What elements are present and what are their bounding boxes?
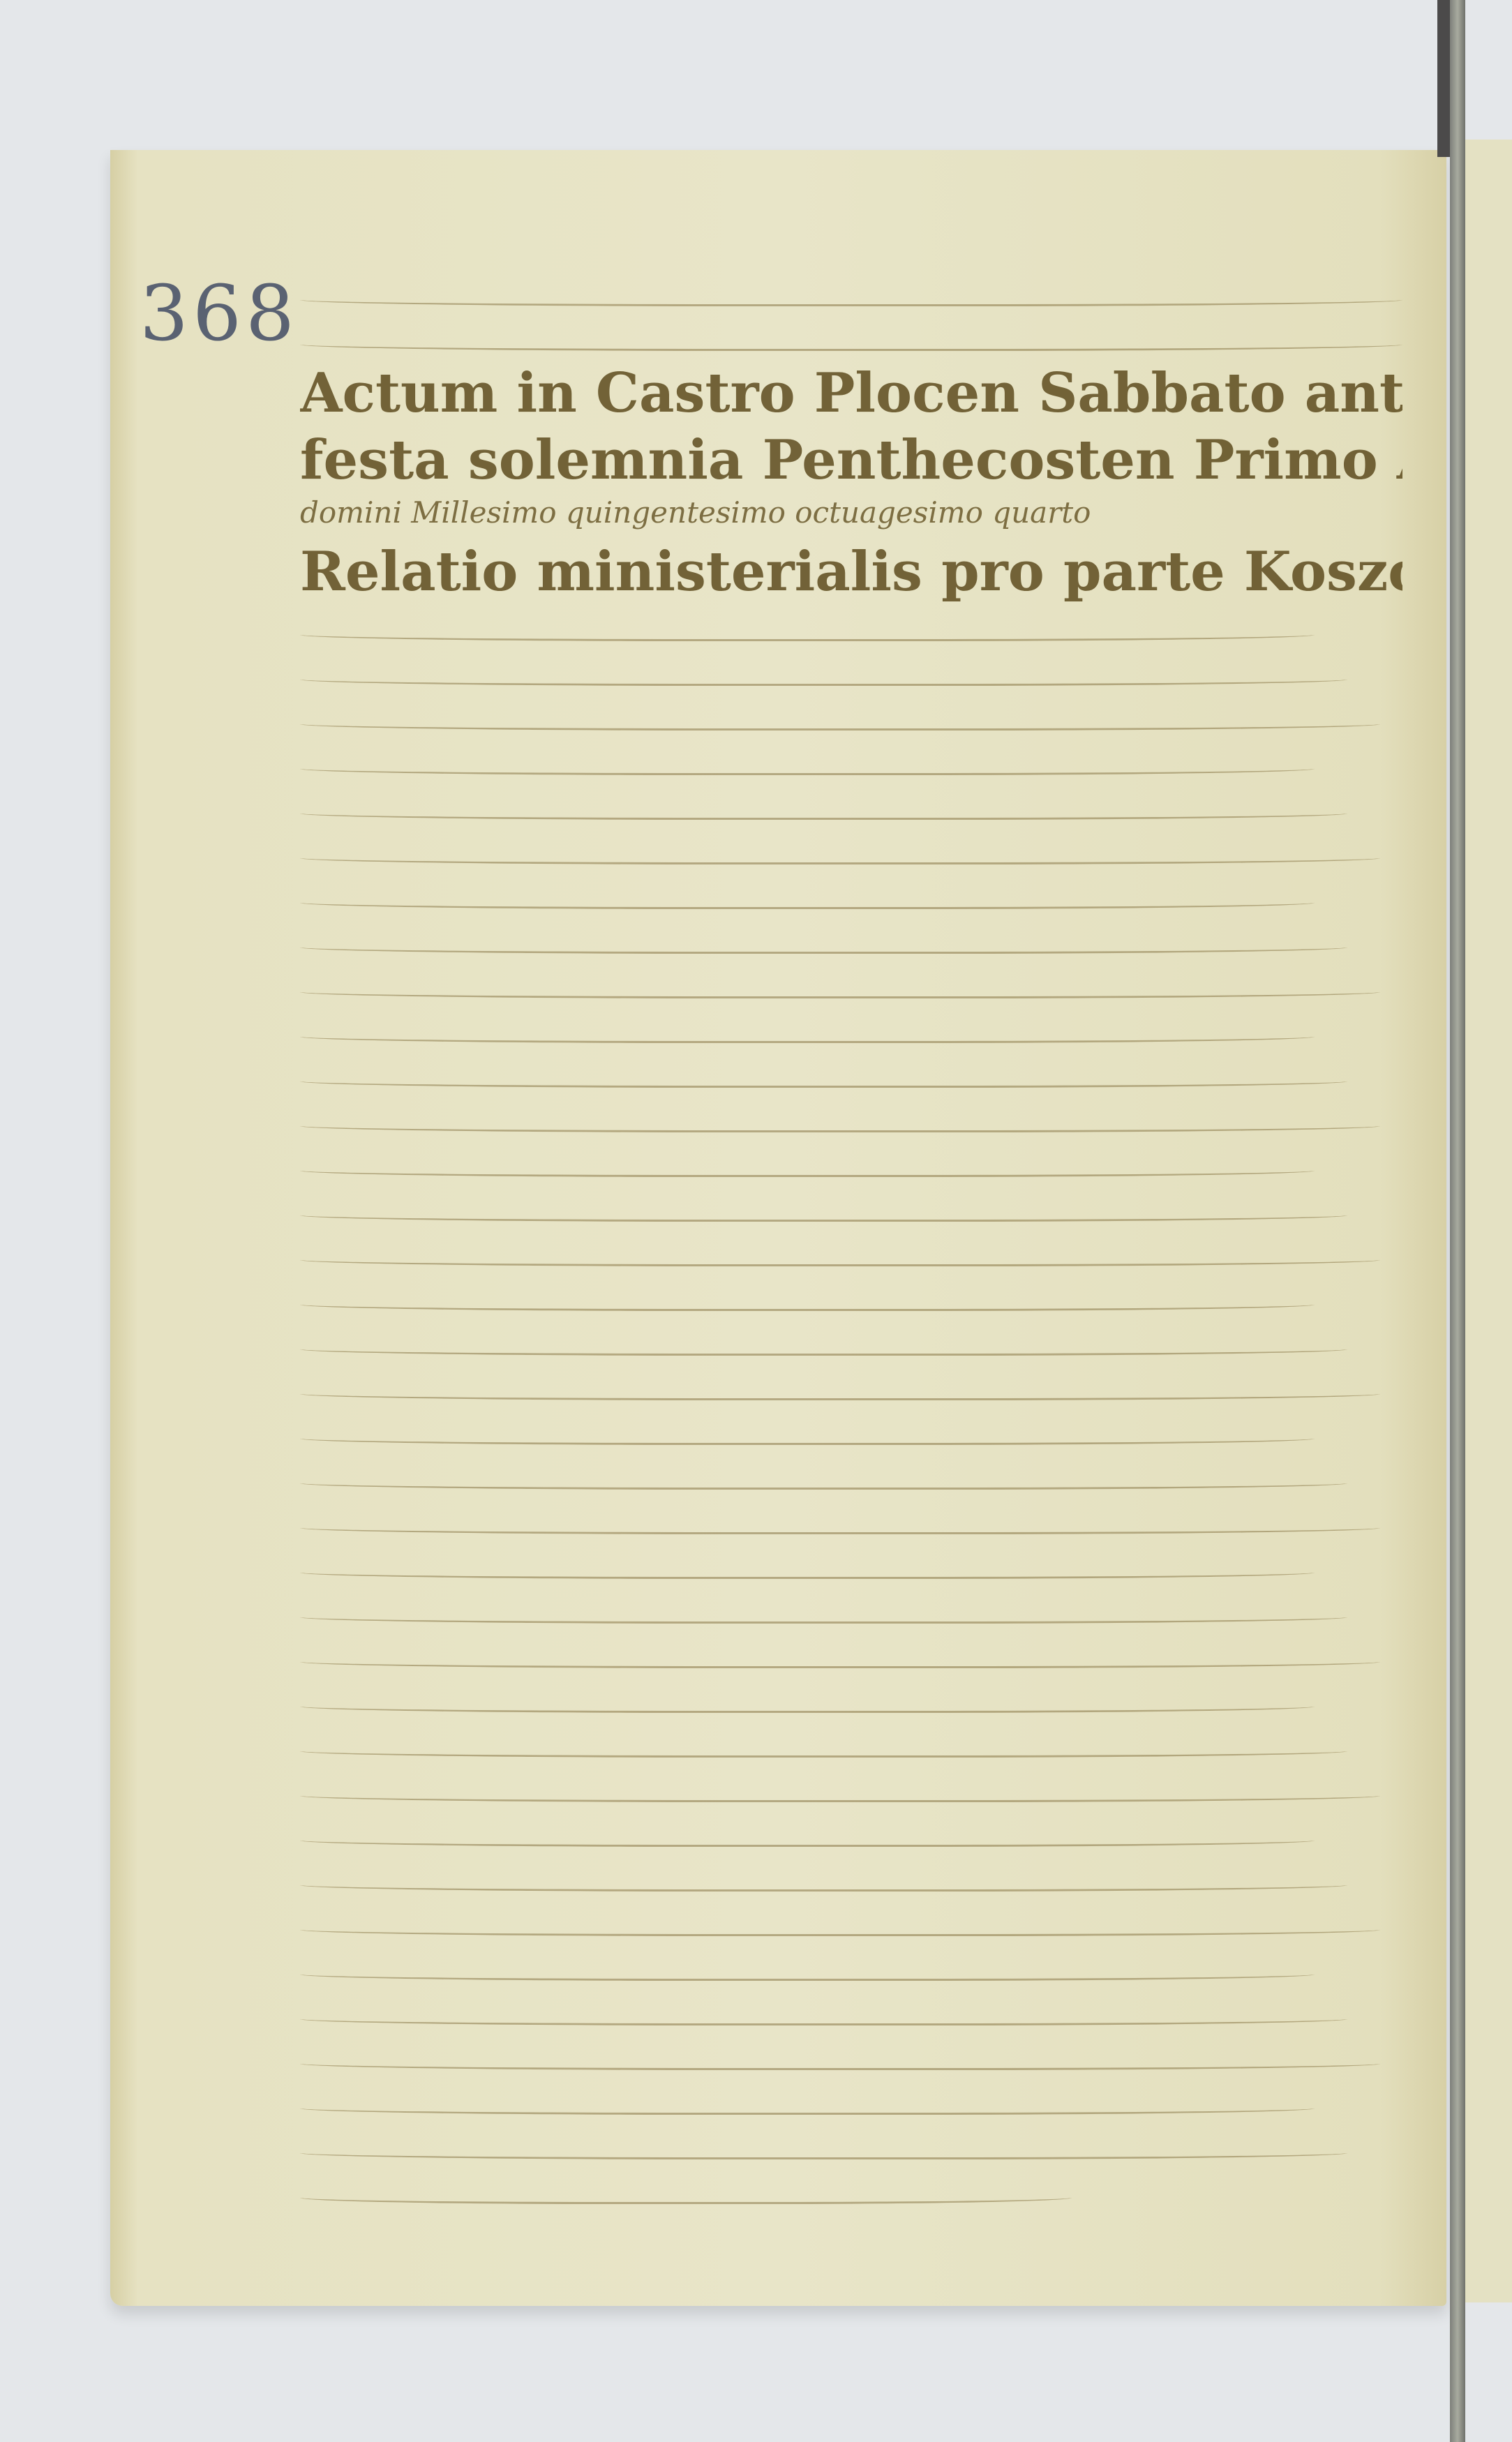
text-line: [300, 1545, 1402, 1589]
text-line: [300, 964, 1402, 1009]
text-line: [300, 1991, 1402, 2036]
text-line: [300, 607, 1402, 652]
text-line: [300, 786, 1402, 830]
text-line: [300, 1143, 1402, 1188]
text-line: [300, 1455, 1402, 1500]
text-line: [300, 2081, 1402, 2125]
folio-number: 368: [140, 269, 299, 358]
text-line: [300, 696, 1402, 741]
text-line: [300, 741, 1402, 786]
text-line: [300, 2170, 1402, 2215]
text-line: [300, 1188, 1402, 1232]
text-line: [300, 1098, 1402, 1143]
text-line: [300, 1947, 1402, 1991]
heading-line: Actum in Castro Plocen Sabbato ante: [300, 361, 1402, 428]
text-line: [300, 317, 1402, 361]
text-line: [300, 1634, 1402, 1679]
text-line: [300, 1277, 1402, 1321]
body-lines: [300, 607, 1402, 2215]
book-spine: [1450, 0, 1465, 2442]
manuscript-text: Actum in Castro Plocen Sabbato ante fest…: [300, 272, 1402, 2215]
text-line: [300, 830, 1402, 875]
text-line: [300, 1589, 1402, 1634]
text-line: [300, 2036, 1402, 2081]
text-line: [300, 1768, 1402, 1813]
text-line: [300, 1857, 1402, 1902]
text-line: [300, 1232, 1402, 1277]
text-line: [300, 1321, 1402, 1366]
text-line: [300, 2125, 1402, 2170]
text-line: [300, 875, 1402, 920]
text-line: [300, 1813, 1402, 1857]
heading-line: festa solemnia Penthecosten Primo Anno: [300, 428, 1402, 495]
text-line: [300, 272, 1402, 317]
facing-page-edge: [1465, 140, 1512, 2302]
text-line: [300, 1679, 1402, 1723]
text-line: [300, 920, 1402, 964]
text-line: [300, 1009, 1402, 1054]
text-line: [300, 1411, 1402, 1455]
text-line: [300, 1902, 1402, 1947]
text-line: [300, 652, 1402, 696]
text-line: [300, 1054, 1402, 1098]
text-line: domini Millesimo quingentesimo octuagesi…: [300, 495, 1402, 540]
heading-line: Relatio ministerialis pro parte Koszczis…: [300, 540, 1402, 607]
text-line: [300, 1500, 1402, 1545]
text-line: [300, 1723, 1402, 1768]
text-line: [300, 1366, 1402, 1411]
